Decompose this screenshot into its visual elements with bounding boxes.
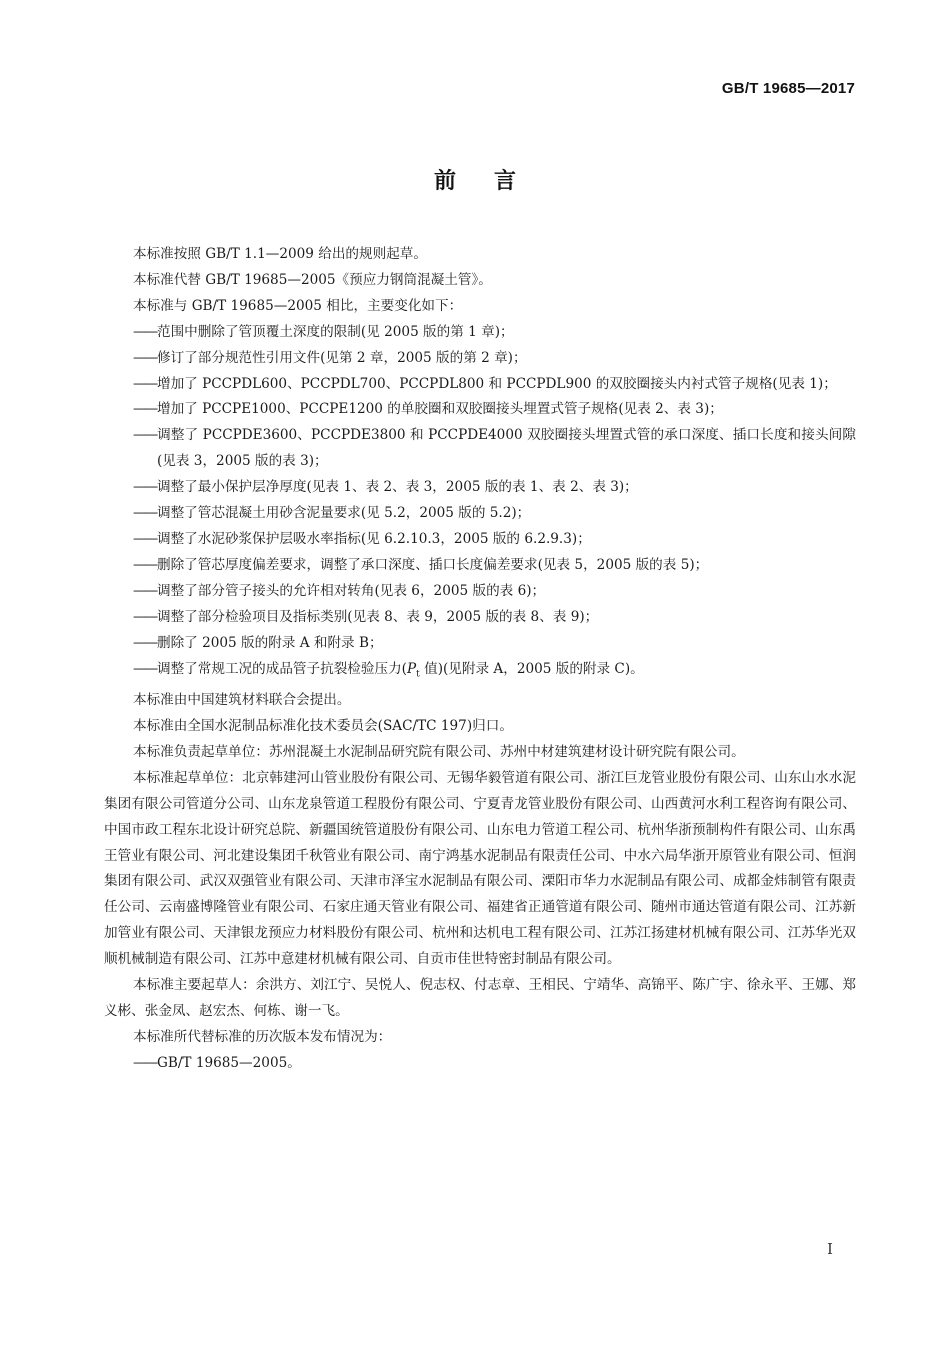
dash: —— bbox=[133, 320, 157, 346]
change-item: ——修订了部分规范性引用文件(见第 2 章，2005 版的第 2 章)； bbox=[104, 346, 856, 372]
change-item: ——范围中删除了管顶覆土深度的限制(见 2005 版的第 1 章)； bbox=[104, 320, 856, 346]
dash: —— bbox=[133, 553, 157, 579]
symbol-p: P bbox=[407, 661, 416, 677]
dash: —— bbox=[133, 1051, 157, 1077]
change-item: ——调整了部分管子接头的允许相对转角(见表 6，2005 版的表 6)； bbox=[104, 579, 856, 605]
change-item: ——调整了 PCCPDE3600、PCCPDE3800 和 PCCPDE4000… bbox=[104, 423, 856, 475]
paragraph: 本标准起草单位：北京韩建河山管业股份有限公司、无锡华毅管道有限公司、浙江巨龙管业… bbox=[104, 766, 856, 973]
paragraph: 本标准与 GB/T 19685—2005 相比，主要变化如下： bbox=[104, 294, 856, 320]
page-number: I bbox=[827, 1240, 833, 1258]
paragraph: 本标准所代替标准的历次版本发布情况为： bbox=[104, 1025, 856, 1051]
dash: —— bbox=[133, 475, 157, 501]
paragraph: 本标准由全国水泥制品标准化技术委员会(SAC/TC 197)归口。 bbox=[104, 714, 856, 740]
change-item: ——删除了管芯厚度偏差要求，调整了承口深度、插口长度偏差要求(见表 5，2005… bbox=[104, 553, 856, 579]
dash: —— bbox=[133, 397, 157, 423]
dash: —— bbox=[133, 605, 157, 631]
dash: —— bbox=[133, 657, 157, 683]
change-item: ——调整了水泥砂浆保护层吸水率指标(见 6.2.10.3，2005 版的 6.2… bbox=[104, 527, 856, 553]
paragraph: 本标准按照 GB/T 1.1—2009 给出的规则起草。 bbox=[104, 242, 856, 268]
page-title: 前言 bbox=[0, 164, 950, 195]
dash: —— bbox=[133, 527, 157, 553]
paragraph: 本标准负责起草单位：苏州混凝土水泥制品研究院有限公司、苏州中材建筑建材设计研究院… bbox=[104, 740, 856, 766]
change-item: ——增加了 PCCPE1000、PCCPE1200 的单胶圈和双胶圈接头埋置式管… bbox=[104, 397, 856, 423]
change-item: ——删除了 2005 版的附录 A 和附录 B； bbox=[104, 631, 856, 657]
change-item: ——调整了管芯混凝土用砂含泥量要求(见 5.2，2005 版的 5.2)； bbox=[104, 501, 856, 527]
foreword-body: 本标准按照 GB/T 1.1—2009 给出的规则起草。 本标准代替 GB/T … bbox=[104, 242, 856, 1077]
paragraph: 本标准主要起草人：余洪方、刘江宁、吴悦人、倪志权、付志章、王相民、宁靖华、高锦平… bbox=[104, 973, 856, 1025]
paragraph: 本标准代替 GB/T 19685—2005《预应力钢筒混凝土管》。 bbox=[104, 268, 856, 294]
dash: —— bbox=[133, 372, 157, 398]
dash: —— bbox=[133, 631, 157, 657]
standard-code: GB/T 19685—2017 bbox=[722, 80, 855, 97]
change-item: ——调整了最小保护层净厚度(见表 1、表 2、表 3，2005 版的表 1、表 … bbox=[104, 475, 856, 501]
change-item: ——调整了部分检验项目及指标类别(见表 8、表 9，2005 版的表 8、表 9… bbox=[104, 605, 856, 631]
dash: —— bbox=[133, 501, 157, 527]
dash: —— bbox=[133, 579, 157, 605]
change-item: ——调整了常规工况的成品管子抗裂检验压力(Pt 值)(见附录 A，2005 版的… bbox=[104, 657, 856, 689]
history-item: ——GB/T 19685—2005。 bbox=[104, 1051, 856, 1077]
dash: —— bbox=[133, 423, 157, 449]
change-item: ——增加了 PCCPDL600、PCCPDL700、PCCPDL800 和 PC… bbox=[104, 372, 856, 398]
dash: —— bbox=[133, 346, 157, 372]
paragraph: 本标准由中国建筑材料联合会提出。 bbox=[104, 688, 856, 714]
